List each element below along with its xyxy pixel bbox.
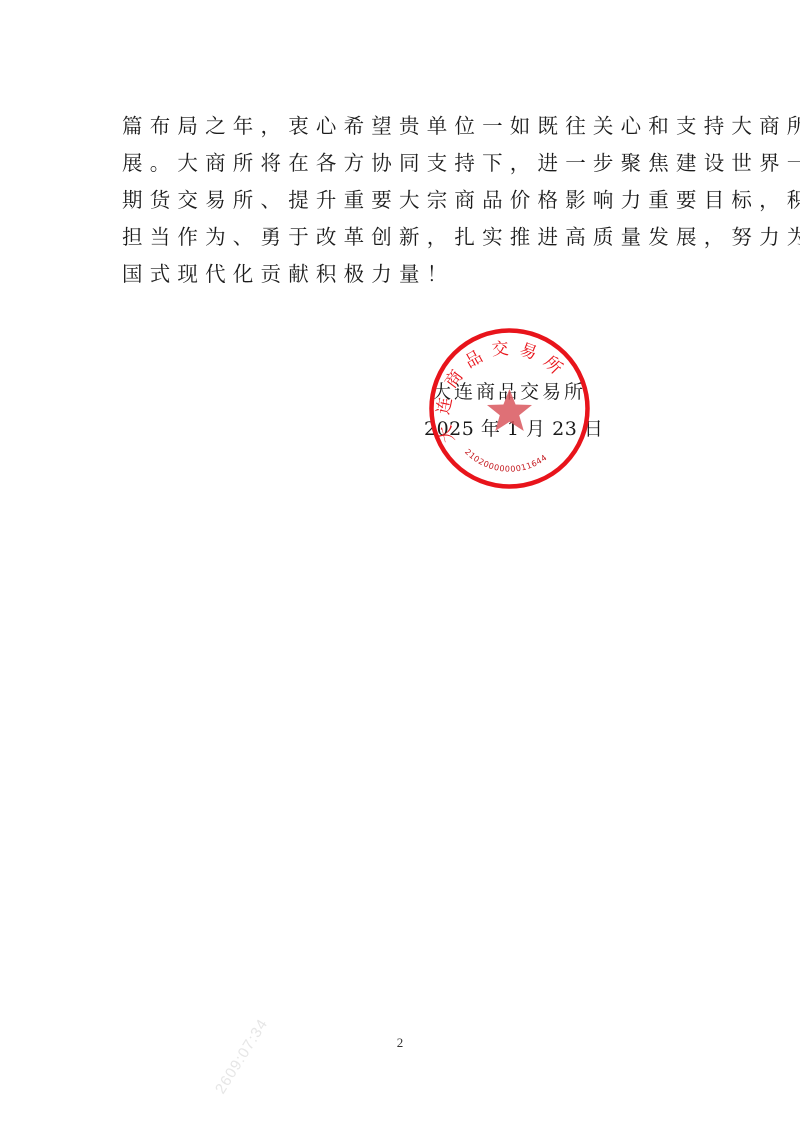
body-line: 国式现代化贡献积极力量！ bbox=[122, 256, 682, 293]
body-line: 展。大商所将在各方协同支持下，进一步聚焦建设世界一流 bbox=[122, 145, 682, 182]
body-line: 篇布局之年，衷心希望贵单位一如既往关心和支持大商所发 bbox=[122, 108, 682, 145]
body-paragraph: 篇布局之年，衷心希望贵单位一如既往关心和支持大商所发 展。大商所将在各方协同支持… bbox=[122, 108, 682, 293]
signature-organization: 大连商品交易所 bbox=[432, 376, 586, 408]
body-line: 期货交易所、提升重要大宗商品价格影响力重要目标，积极 bbox=[122, 182, 682, 219]
official-seal-icon: 大连商品交易所 2102000000011644 bbox=[428, 327, 591, 490]
watermark-timestamp: 2609:07:34 bbox=[212, 1016, 272, 1097]
seal-code-text: 2102000000011644 bbox=[463, 447, 549, 474]
page-number: 2 bbox=[392, 1035, 408, 1051]
body-line: 担当作为、勇于改革创新，扎实推进高质量发展，努力为中 bbox=[122, 219, 682, 256]
svg-text:2102000000011644: 2102000000011644 bbox=[463, 447, 549, 474]
document-page: 篇布局之年，衷心希望贵单位一如既往关心和支持大商所发 展。大商所将在各方协同支持… bbox=[0, 0, 800, 1131]
signature-date: 2025 年 1 月 23 日 bbox=[424, 413, 603, 445]
